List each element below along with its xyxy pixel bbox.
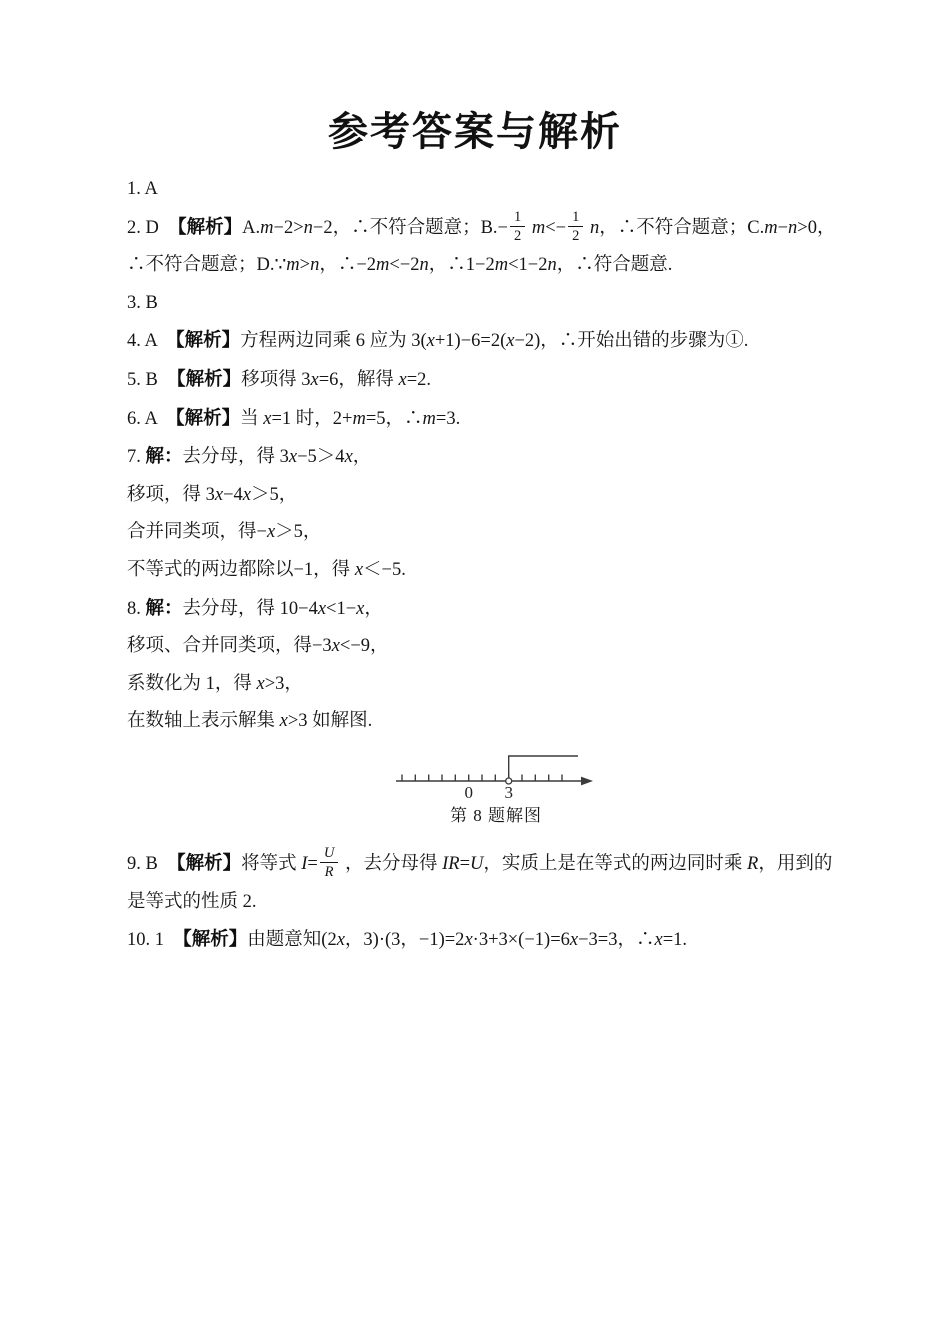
text-run: n: [788, 218, 797, 238]
emphasis-label: 【解析】: [183, 929, 248, 950]
axis-label-three: 3: [504, 783, 513, 801]
emphasis-label: 【解析】: [176, 853, 241, 874]
answer-7-step-1: 7. 解：去分母，得 3x−5＞4x，: [127, 438, 865, 477]
fraction: 12: [568, 209, 583, 244]
emphasis-label: 解：: [146, 446, 183, 467]
text-run: 移项，得 3: [127, 485, 215, 505]
figure-caption: 第 8 题解图: [127, 803, 865, 829]
text-run: A.: [242, 218, 260, 238]
text-run: m: [764, 218, 777, 238]
solution-ray: [509, 756, 578, 778]
text-run: 1. A: [127, 179, 158, 199]
answer-5-analysis: 5. B 【解析】移项得 3x=6，解得 x=2.: [127, 361, 865, 400]
emphasis-label: 【解析】: [177, 217, 242, 238]
text-run: x: [215, 485, 223, 505]
text-run: 在数轴上表示解集: [127, 711, 280, 731]
text-run: ，∴不符合题意；C.: [599, 218, 764, 238]
text-run: 移项得 3: [241, 370, 310, 390]
text-run: 合并同类项，得−: [127, 522, 267, 542]
answer-sheet-page: 参考答案与解析 1. A2. D 【解析】A.m−2>n−2，∴不符合题意；B.…: [0, 0, 950, 1344]
text-run: 将等式: [241, 854, 301, 874]
figure-problem-8: 0 3: [127, 745, 865, 801]
text-run: ＞5，: [251, 485, 297, 505]
text-run: x: [464, 930, 472, 950]
text-run: ＜−5.: [363, 560, 406, 580]
text-run: =5，∴: [366, 409, 423, 429]
text-run: ，: [353, 447, 372, 467]
answer-7-step-4: 不等式的两边都除以−1，得 x＜−5.: [127, 552, 865, 590]
page-title: 参考答案与解析: [0, 0, 950, 157]
text-run: x: [570, 930, 578, 950]
text-run: ，∴−2: [319, 255, 376, 275]
text-run: x: [427, 331, 435, 351]
text-run: <−2: [389, 255, 419, 275]
answer-2-analysis-line-1: 2. D 【解析】A.m−2>n−2，∴不符合题意；B.−12 m<−12 n，…: [127, 209, 865, 248]
text-run: ＞5，: [275, 522, 321, 542]
answer-4-analysis: 4. A 【解析】方程两边同乘 6 应为 3(x+1)−6=2(x−2)，∴开始…: [127, 322, 865, 361]
emphasis-label: 解：: [146, 598, 183, 619]
text-run: 移项、合并同类项，得−3: [127, 636, 332, 656]
text-run: x: [289, 447, 297, 467]
text-run: m: [286, 255, 299, 275]
text-run: 3. B: [127, 293, 158, 313]
text-run: 去分母，得 3: [183, 447, 289, 467]
text-run: 5. B: [127, 370, 176, 390]
answer-2-analysis-line-2: ∴不符合题意；D.∵m>n，∴−2m<−2n，∴1−2m<1−2n，∴符合题意.: [127, 247, 865, 285]
text-run: −4: [223, 485, 243, 505]
text-run: ，用到的: [758, 854, 832, 874]
text-run: >3，: [265, 674, 303, 694]
text-run: =: [460, 854, 470, 874]
answers-before-figure: 1. A2. D 【解析】A.m−2>n−2，∴不符合题意；B.−12 m<−1…: [127, 171, 865, 741]
text-run: ，∴符合题意.: [557, 255, 673, 275]
text-run: x: [243, 485, 251, 505]
text-run: ，实质上是在等式的两边同时乘: [483, 854, 747, 874]
text-run: n: [304, 218, 313, 238]
answer-3: 3. B: [127, 285, 865, 323]
answer-10-analysis: 10. 1 【解析】由题意知(2x，3)·(3，−1)=2x·3+3×(−1)=…: [127, 921, 865, 960]
text-run: x: [337, 930, 345, 950]
emphasis-label: 【解析】: [175, 330, 240, 351]
text-run: <1−2: [508, 255, 547, 275]
text-run: m: [376, 255, 389, 275]
text-run: =1.: [663, 930, 687, 950]
text-run: 8.: [127, 599, 146, 619]
text-run: x: [318, 599, 326, 619]
text-run: =: [307, 854, 317, 874]
text-run: >: [300, 255, 310, 275]
text-run: 2. D: [127, 218, 177, 238]
answer-8-step-2: 移项、合并同类项，得−3x<−9，: [127, 628, 865, 666]
text-run: =1 时，2+: [271, 409, 352, 429]
text-run: x: [355, 560, 363, 580]
answer-8-step-1: 8. 解：去分母，得 10−4x<1−x，: [127, 590, 865, 629]
text-run: ，: [364, 599, 383, 619]
text-run: 4. A: [127, 331, 175, 351]
text-run: m: [532, 218, 545, 238]
text-run: =6，解得: [319, 370, 399, 390]
text-run: x: [280, 711, 288, 731]
text-run: <1−: [326, 599, 356, 619]
text-run: IR: [442, 854, 459, 874]
text-run: −3=3，∴: [578, 930, 654, 950]
axis-arrow-icon: [581, 777, 593, 786]
answer-7-step-2: 移项，得 3x−4x＞5，: [127, 477, 865, 515]
text-run: m: [495, 255, 508, 275]
answer-6-analysis: 6. A 【解析】当 x=1 时，2+m=5，∴m=3.: [127, 400, 865, 439]
text-run: R: [747, 854, 758, 874]
text-run: −2)，∴开始出错的步骤为①.: [514, 331, 748, 351]
text-run: −2>: [274, 218, 304, 238]
answers-content: 1. A2. D 【解析】A.m−2>n−2，∴不符合题意；B.−12 m<−1…: [0, 171, 950, 960]
text-run: 10. 1: [127, 930, 183, 950]
text-run: <−: [545, 218, 566, 238]
text-run: ，3)·(3，−1)=2: [345, 930, 465, 950]
text-run: 9. B: [127, 854, 176, 874]
answer-9-analysis-line-1: 9. B 【解析】将等式 I=UR ，去分母得 IR=U，实质上是在等式的两边同…: [127, 845, 865, 884]
text-run: n: [310, 255, 319, 275]
fraction: UR: [320, 845, 338, 880]
text-run: =2.: [407, 370, 431, 390]
text-run: 由题意知(2: [247, 930, 336, 950]
text-run: n: [547, 255, 556, 275]
text-run: x: [399, 370, 407, 390]
text-run: x: [257, 674, 265, 694]
answer-8-step-3: 系数化为 1，得 x>3，: [127, 666, 865, 704]
text-run: 不等式的两边都除以−1，得: [127, 560, 355, 580]
text-run: ，去分母得: [340, 854, 442, 874]
text-run: x: [332, 636, 340, 656]
text-run: 7.: [127, 447, 146, 467]
text-run: U: [470, 854, 483, 874]
text-run: ∴不符合题意；D.∵: [127, 255, 286, 275]
answer-9-analysis-line-2: 是等式的性质 2.: [127, 884, 865, 922]
answer-7-step-3: 合并同类项，得−x＞5，: [127, 514, 865, 552]
axis-ticks: [402, 774, 562, 781]
text-run: x: [654, 930, 662, 950]
text-run: >0，: [797, 218, 835, 238]
text-run: =3.: [436, 409, 460, 429]
answer-8-step-4: 在数轴上表示解集 x>3 如解图.: [127, 703, 865, 741]
text-run: −5＞4: [297, 447, 344, 467]
text-run: 当: [240, 409, 263, 429]
text-run: >3 如解图.: [288, 711, 372, 731]
text-run: x: [345, 447, 353, 467]
text-run: <−9，: [340, 636, 389, 656]
emphasis-label: 【解析】: [176, 369, 241, 390]
text-run: n: [420, 255, 429, 275]
text-run: m: [260, 218, 273, 238]
text-run: 系数化为 1，得: [127, 674, 257, 694]
axis-label-zero: 0: [464, 783, 473, 801]
fraction: 12: [510, 209, 525, 244]
text-run: ·3+3×(−1)=6: [473, 930, 570, 950]
text-run: 6. A: [127, 409, 175, 429]
text-run: n: [590, 218, 599, 238]
text-run: ，∴1−2: [429, 255, 495, 275]
answer-1: 1. A: [127, 171, 865, 209]
number-line-diagram: 0 3: [394, 745, 598, 801]
emphasis-label: 【解析】: [175, 408, 240, 429]
text-run: +1)−6=2(: [435, 331, 506, 351]
text-run: x: [267, 522, 275, 542]
text-run: x: [311, 370, 319, 390]
text-run: 去分母，得 10−4: [183, 599, 318, 619]
text-run: m: [352, 409, 365, 429]
text-run: −: [778, 218, 788, 238]
text-run: 方程两边同乘 6 应为 3(: [240, 331, 427, 351]
answers-after-figure: 9. B 【解析】将等式 I=UR ，去分母得 IR=U，实质上是在等式的两边同…: [127, 845, 865, 960]
text-run: −2，∴不符合题意；B.−: [313, 218, 508, 238]
text-run: 是等式的性质 2.: [127, 892, 257, 912]
text-run: m: [423, 409, 436, 429]
